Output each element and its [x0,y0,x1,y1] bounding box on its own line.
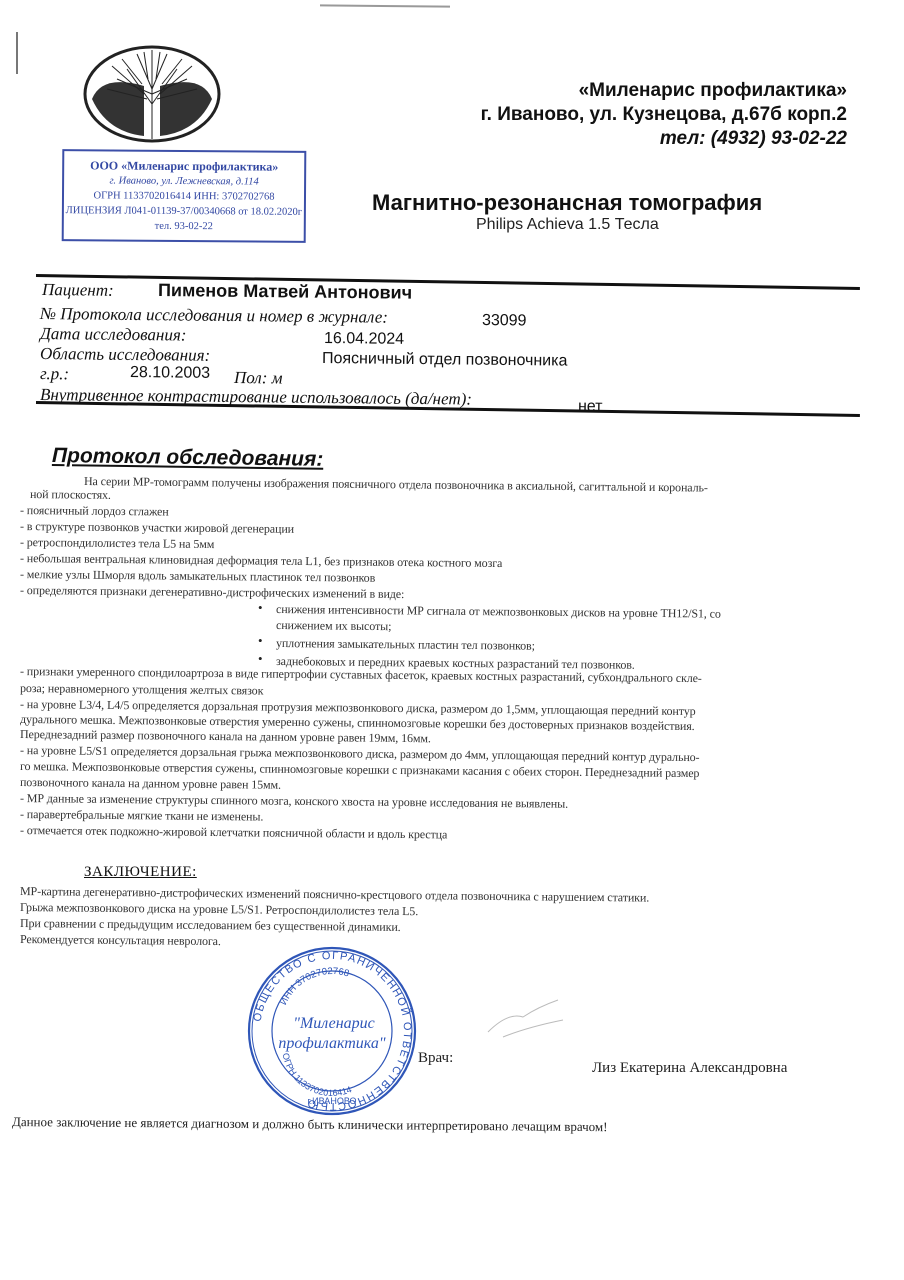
exam-date-label: Дата исследования: [40,324,187,346]
conclusion-heading: ЗАКЛЮЧЕНИЕ: [84,864,197,881]
protocol-line: На серии МР-томограмм получены изображен… [84,474,708,496]
patient-name: Пименов Матвей Антонович [158,280,412,304]
protocol-line: позвоночного канала на данном уровне рав… [20,775,281,793]
bullet-icon: • [258,633,263,649]
protocol-line: - ретроспондилолистез тела L5 на 5мм [20,535,214,552]
protocol-line: - поясничный лордоз сглажен [20,503,169,520]
exam-area-label: Область исследования: [40,344,210,366]
bullet-icon: • [258,600,263,616]
sex-label: Пол: м [234,368,283,389]
protocol-bullet: уплотнения замыкательных пластин тел поз… [276,636,535,654]
protocol-bullet: снижением их высоты; [276,618,392,634]
protocol-line: - определяются признаки дегенеративно-ди… [20,583,404,602]
company-rectangular-stamp: ООО «Миленарис профилактика» г. Иваново,… [62,149,307,243]
protocol-line: роза; неравномерного утолщения желтых св… [20,681,264,699]
doctor-label: Врач: [418,1050,453,1067]
conclusion-line: Рекомендуется консультация невролога. [20,932,221,949]
org-name: «Миленарис профилактика» [579,80,847,102]
org-address: г. Иваново, ул. Кузнецова, д.67б корп.2 [481,104,847,126]
dob-label: г.р.: [40,364,69,384]
doctor-name: Лиз Екатерина Александровна [592,1060,787,1077]
exam-date: 16.04.2024 [324,330,404,349]
patient-label: Пациент: [42,280,114,301]
stamp-line: тел. 93-02-22 [64,218,304,235]
contrast-value: нет [578,398,603,416]
stamp-ogrn: ОГРН 1133702016414 [281,1052,353,1098]
org-phone: тел: (4932) 93-02-22 [660,128,847,150]
tree-logo-icon [82,44,222,144]
stamp-name-2: профилактика" [278,1035,385,1052]
round-company-stamp: ОБЩЕСТВО С ОГРАНИЧЕННОЙ ОТВЕТСТВЕННОСТЬЮ… [246,946,418,1116]
stamp-line: г. Иваново, ул. Лежневская, д.114 [64,173,304,190]
protocol-heading: Протокол обследования: [52,444,324,472]
stamp-line: ЛИЦЕНЗИЯ Л041-01139-37/00340668 от 18.02… [64,203,304,220]
dob-value: 28.10.2003 [130,364,210,383]
scan-artifact-line [320,4,450,7]
stamp-line: ООО «Миленарис профилактика» [64,157,304,175]
doc-subtitle: Philips Achieva 1.5 Тесла [476,216,659,234]
stamp-city: г.ИВАНОВО [307,1096,356,1106]
protocol-number: 33099 [482,312,527,330]
svg-text:ОГРН 1133702016414: ОГРН 1133702016414 [281,1052,353,1098]
bullet-icon: • [258,651,263,667]
signature-icon [478,992,568,1042]
stamp-name-1: "Миленарис [293,1015,375,1032]
disclaimer: Данное заключение не является диагнозом … [12,1114,608,1135]
protocol-line: - в структуре позвонков участки жировой … [20,519,294,537]
protocol-line: - паравертебральные мягкие ткани не изме… [20,807,263,825]
stamp-line: ОГРН 1133702016414 ИНН: 3702702768 [64,188,304,205]
protocol-line: ной плоскостях. [30,487,111,503]
scan-artifact-mark [16,32,18,74]
protocol-line: - отмечается отек подкожно-жировой клетч… [20,823,447,842]
exam-area: Поясничный отдел позвоночника [322,350,568,371]
doc-title: Магнитно-резонансная томография [372,190,762,216]
